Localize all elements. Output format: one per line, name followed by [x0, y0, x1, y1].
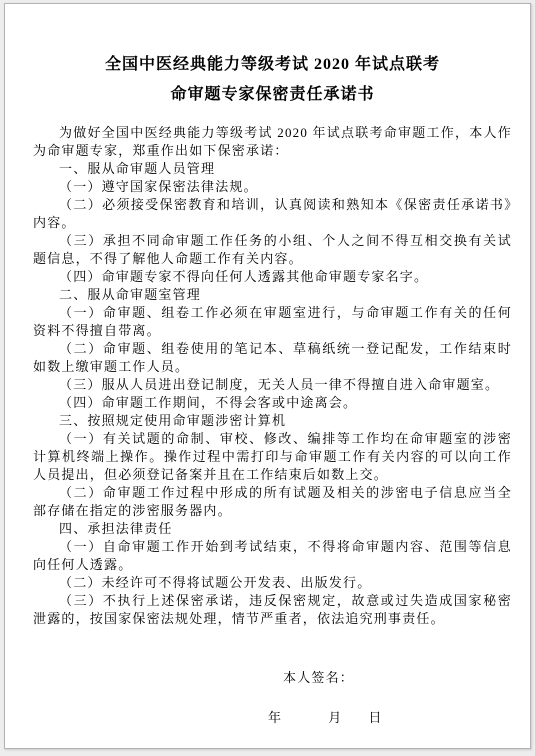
section-2-item-1: （一）命审题、组卷工作必须在审题室进行，与命审题工作有关的任何资料不得擅自带离。	[33, 304, 512, 340]
section-4-item-3: （三）不执行上述保密承诺，违反保密规定，故意或过失造成国家秘密泄露的，按国家保密…	[33, 592, 512, 628]
section-1-item-2: （二）必须接受保密教育和培训，认真阅读和熟知本《保密责任承诺书》内容。	[33, 196, 512, 232]
section-4-item-2: （二）未经许可不得将试题公开发表、出版发行。	[33, 574, 512, 592]
intro-paragraph: 为做好全国中医经典能力等级考试 2020 年试点联考命审题工作，本人作为命审题专…	[33, 124, 512, 160]
doc-title-line2: 命审题专家保密责任承诺书	[33, 80, 512, 110]
section-2-item-3: （三）服从人员进出登记制度，无关人员一律不得擅自进入命审题室。	[33, 376, 512, 394]
signature-row: 本人签名：	[33, 670, 512, 686]
date-day-label: 日	[368, 710, 382, 725]
signature-label: 本人签名：	[283, 670, 354, 685]
doc-body: 为做好全国中医经典能力等级考试 2020 年试点联考命审题工作，本人作为命审题专…	[33, 124, 512, 628]
section-2-item-2: （二）命审题、组卷使用的笔记本、草稿纸统一登记配发，工作结束时如数上缴审题工作人…	[33, 340, 512, 376]
date-month-label: 月	[328, 710, 342, 725]
document-page: 全国中医经典能力等级考试 2020 年试点联考 命审题专家保密责任承诺书 为做好…	[4, 3, 531, 749]
doc-title-line1: 全国中医经典能力等级考试 2020 年试点联考	[33, 50, 512, 80]
section-4-heading: 四、承担法律责任	[33, 520, 512, 538]
section-1-item-4: （四）命审题专家不得向任何人透露其他命审题专家名字。	[33, 268, 512, 286]
section-3-item-1: （一）有关试题的命制、审校、修改、编排等工作均在命审题室的涉密计算机终端上操作。…	[33, 430, 512, 484]
section-2-item-4: （四）命审题工作期间，不得会客或中途离会。	[33, 394, 512, 412]
section-1-item-1: （一）遵守国家保密法律法规。	[33, 178, 512, 196]
section-3-heading: 三、按照规定使用命审题涉密计算机	[33, 412, 512, 430]
date-year-label: 年	[268, 710, 282, 725]
section-2-heading: 二、服从命审题室管理	[33, 286, 512, 304]
date-row: 年月日	[33, 710, 512, 726]
section-1-item-3: （三）承担不同命审题工作任务的小组、个人之间不得互相交换有关试题信息，不得了解他…	[33, 232, 512, 268]
section-3-item-2: （二）命审题工作过程中形成的所有试题及相关的涉密电子信息应当全部存储在指定的涉密…	[33, 484, 512, 520]
section-1-heading: 一、服从命审题人员管理	[33, 160, 512, 178]
section-4-item-1: （一）自命审题工作开始到考试结束，不得将命审题内容、范围等信息向任何人透露。	[33, 538, 512, 574]
